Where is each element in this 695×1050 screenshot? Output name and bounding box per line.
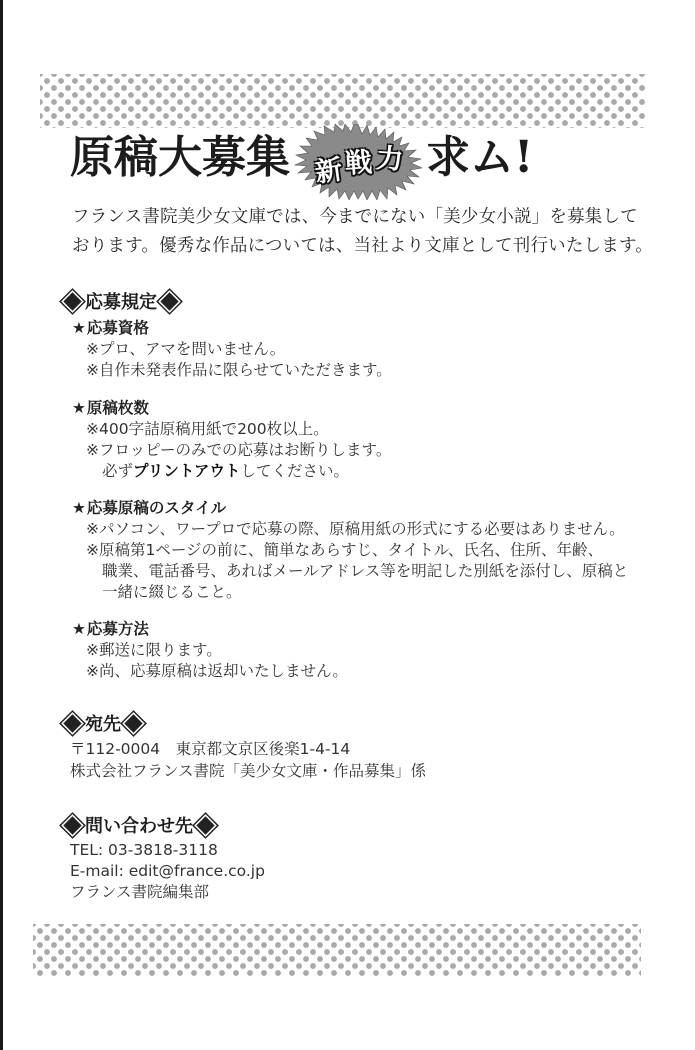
rule-title: ★応募資格 <box>72 318 392 339</box>
rule-note: ※パソコン、ワープロで応募の際、原稿用紙の形式にする必要はありません。 <box>72 519 628 540</box>
diamond-icon <box>63 816 81 834</box>
address-line: 〒112-0004 東京都文京区後楽1-4-14 <box>70 739 350 760</box>
rule-note: ※400字詰原稿用紙で200枚以上。 <box>72 419 391 440</box>
rule-note: ※プロ、アマを問いません。 <box>72 339 392 360</box>
section-heading-rules: 応募規定 <box>62 288 182 314</box>
star-icon: ★ <box>72 620 86 638</box>
rule-page-count: ★原稿枚数 ※400字詰原稿用紙で200枚以上。 ※フロッピーのみでの応募はお断… <box>72 398 391 482</box>
burst-char: 戦 <box>343 140 373 181</box>
burst-char: 新 <box>312 147 344 189</box>
star-icon: ★ <box>72 499 86 517</box>
contact-email: E-mail: edit@france.co.jp <box>70 861 265 882</box>
page-title: 原稿大募集 新 戦 力 求ム! <box>70 126 533 190</box>
heading-text: 応募規定 <box>85 288 157 314</box>
rule-title-text: 応募資格 <box>87 319 149 337</box>
rule-note: ※尚、応募原稿は返却いたしません。 <box>72 661 348 682</box>
rule-title-text: 原稿枚数 <box>87 399 149 417</box>
rule-style: ★応募原稿のスタイル ※パソコン、ワープロで応募の際、原稿用紙の形式にする必要は… <box>72 498 628 603</box>
section-heading-contact: 問い合わせ先 <box>62 812 218 838</box>
heading-text: 問い合わせ先 <box>85 812 193 838</box>
rule-note-continued: 必ずプリントアウトしてください。 <box>72 461 391 482</box>
emphasis-printout: プリントアウト <box>133 462 240 480</box>
rule-note-continued: 一緒に綴じること。 <box>72 582 628 603</box>
diamond-icon <box>160 292 178 310</box>
rule-title: ★原稿枚数 <box>72 398 391 419</box>
title-end: 求ム! <box>426 136 533 180</box>
rule-title: ★応募原稿のスタイル <box>72 498 628 519</box>
star-icon: ★ <box>72 319 86 337</box>
diamond-icon <box>63 292 81 310</box>
rule-note-continued: 職業、電話番号、あればメールアドレス等を明記した別紙を添付し、原稿と <box>72 561 628 582</box>
cont-prefix: 必ず <box>102 462 133 480</box>
rule-title: ★応募方法 <box>72 619 348 640</box>
rule-method: ★応募方法 ※郵送に限ります。 ※尚、応募原稿は返却いたしません。 <box>72 619 348 682</box>
halftone-band-bottom <box>33 924 641 976</box>
address-line: 株式会社フランス書院「美少女文庫・作品募集」係 <box>70 761 426 782</box>
intro-line: フランス書院美少女文庫では、今までにない「美少女小説」を募集して <box>72 203 632 232</box>
intro-line: おります。優秀な作品については、当社より文庫として刊行いたします。 <box>72 232 632 261</box>
rule-note: ※フロッピーのみでの応募はお断りします。 <box>72 440 391 461</box>
heading-text: 宛先 <box>85 710 121 736</box>
burst-char: 力 <box>375 136 405 177</box>
diamond-icon <box>124 714 142 732</box>
section-heading-address: 宛先 <box>62 710 146 736</box>
halftone-band-top <box>40 74 646 128</box>
intro-paragraph: フランス書院美少女文庫では、今までにない「美少女小説」を募集して おります。優秀… <box>72 203 632 261</box>
rule-title-text: 応募方法 <box>87 620 149 638</box>
rule-note: ※原稿第1ページの前に、簡単なあらすじ、タイトル、氏名、住所、年齢、 <box>72 540 628 561</box>
diamond-icon <box>63 714 81 732</box>
title-main: 原稿大募集 <box>70 136 290 180</box>
diamond-icon <box>196 816 214 834</box>
cont-suffix: してください。 <box>240 462 349 480</box>
rule-eligibility: ★応募資格 ※プロ、アマを問いません。 ※自作未発表作品に限らせていただきます。 <box>72 318 392 381</box>
starburst-text: 新 戦 力 <box>294 124 422 200</box>
star-icon: ★ <box>72 399 86 417</box>
contact-dept: フランス書院編集部 <box>70 882 209 903</box>
page-edge-line <box>0 0 3 1050</box>
rule-note: ※自作未発表作品に限らせていただきます。 <box>72 360 392 381</box>
rule-note: ※郵送に限ります。 <box>72 640 348 661</box>
rule-title-text: 応募原稿のスタイル <box>87 499 226 517</box>
starburst-badge: 新 戦 力 <box>294 124 422 200</box>
contact-tel: TEL: 03-3818-3118 <box>70 840 218 861</box>
